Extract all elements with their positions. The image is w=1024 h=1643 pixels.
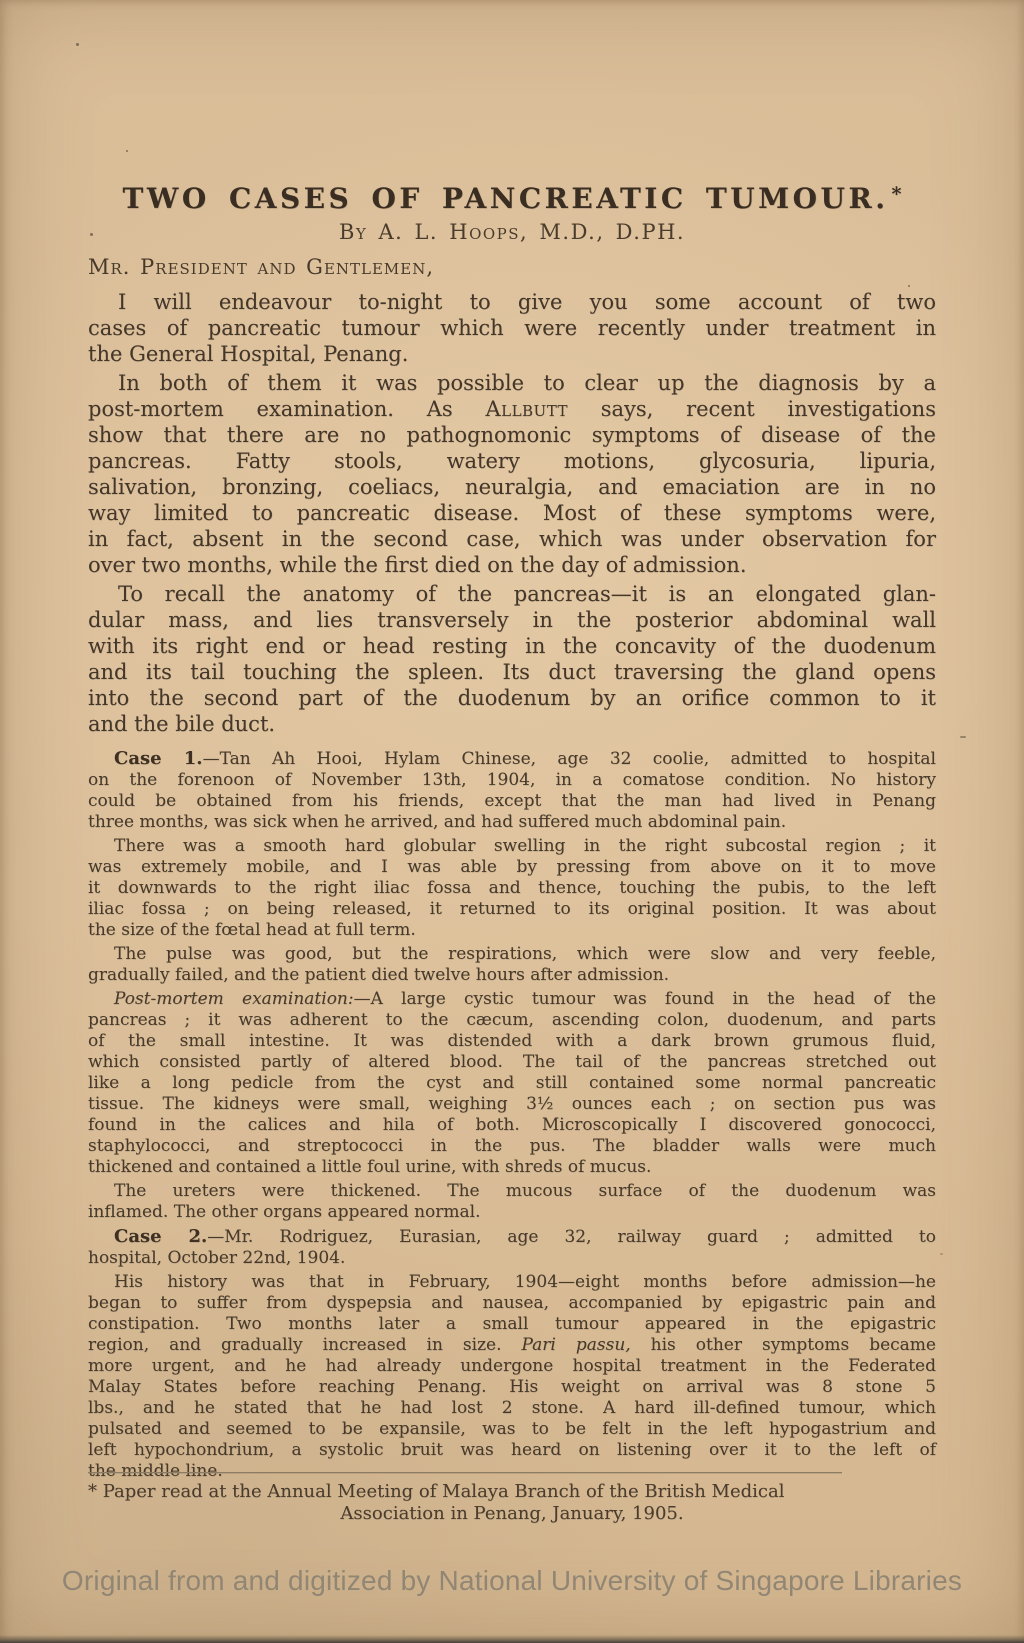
text-line: tissue. The kidneys were small, weighing…	[88, 1094, 936, 1115]
paper-speck	[940, 1253, 943, 1255]
text-segment: hospital, October 22nd, 1904.	[88, 1248, 345, 1268]
text-line: constipation. Two months later a small t…	[88, 1314, 936, 1335]
text-segment: show that there are no pathognomonic sym…	[88, 423, 936, 447]
text-segment: tissue. The kidneys were small, weighing…	[88, 1094, 936, 1114]
text-segment: iliac fossa ; on being released, it retu…	[88, 899, 936, 919]
paragraph-intro-1: I will endeavour to-night to give you so…	[88, 289, 936, 367]
text-segment: staphylococci, and streptococci in the p…	[88, 1136, 936, 1156]
text-segment: Post-mortem examination:	[114, 989, 354, 1009]
text-line: In both of them it was possible to clear…	[88, 370, 936, 396]
text-segment: says, recent investigations	[568, 397, 936, 421]
text-segment: left hypochondrium, a systolic bruit was…	[88, 1440, 936, 1460]
text-segment: began to suffer from dyspepsia and nause…	[88, 1293, 936, 1313]
text-segment: salivation, bronzing, coeliacs, neuralgi…	[88, 475, 936, 499]
text-line: inflamed. The other organs appeared norm…	[88, 1202, 936, 1223]
paper-speck	[126, 150, 128, 152]
paper-speck	[76, 43, 79, 46]
text-line: There was a smooth hard globular swellin…	[88, 836, 936, 857]
text-segment: in fact, absent in the second case, whic…	[88, 527, 936, 551]
paragraph-case2-admission: Case 2.—Mr. Rodriguez, Eurasian, age 32,…	[88, 1226, 936, 1269]
text-segment: In both of them it was possible to clear…	[118, 371, 936, 395]
text-segment: pulsated and seemed to be expansile, was…	[88, 1419, 936, 1439]
text-line: Malay States before reaching Penang. His…	[88, 1377, 936, 1398]
text-segment: pancreas ; it was adherent to the cæcum,…	[88, 1010, 936, 1030]
text-segment: gradually failed, and the patient died t…	[88, 965, 669, 985]
text-segment: pancreas. Fatty stools, watery motions, …	[88, 449, 936, 473]
text-line: like a long pedicle from the cyst and st…	[88, 1073, 936, 1094]
text-line: in fact, absent in the second case, whic…	[88, 526, 936, 552]
text-line: and the bile duct.	[88, 711, 936, 737]
text-line: gradually failed, and the patient died t…	[88, 965, 936, 986]
text-line: post-mortem examination. As Allbutt says…	[88, 396, 936, 422]
text-line: was extremely mobile, and I was able by …	[88, 857, 936, 878]
text-segment: the General Hospital, Penang.	[88, 342, 408, 366]
text-line: which consisted partly of altered blood.…	[88, 1052, 936, 1073]
text-segment: and the bile duct.	[88, 712, 275, 736]
text-segment: Pari passu,	[521, 1335, 630, 1355]
salutation: Mr. President and Gentlemen,	[88, 255, 936, 279]
text-segment: way limited to pancreatic disease. Most …	[88, 501, 936, 525]
paragraph-intro-3: To recall the anatomy of the pancreas—it…	[88, 581, 936, 737]
text-line: The pulse was good, but the respirations…	[88, 944, 936, 965]
text-segment: Case 2.	[114, 1226, 207, 1247]
text-line: pancreas ; it was adherent to the cæcum,…	[88, 1010, 936, 1031]
text-line: His history was that in February, 1904—e…	[88, 1272, 936, 1293]
paragraph-case1-examination: There was a smooth hard globular swellin…	[88, 836, 936, 941]
footnote-rule	[88, 1472, 842, 1473]
byline: By A. L. Hoops, M.D., D.PH.	[88, 220, 936, 244]
text-line: pancreas. Fatty stools, watery motions, …	[88, 448, 936, 474]
text-line: over two months, while the first died on…	[88, 552, 936, 578]
text-line: left hypochondrium, a systolic bruit was…	[88, 1440, 936, 1461]
library-watermark: Original from and digitized by National …	[0, 1564, 1024, 1598]
text-line: into the second part of the duodenum by …	[88, 685, 936, 711]
paragraph-case1-admission: Case 1.—Tan Ah Hooi, Hylam Chinese, age …	[88, 748, 936, 833]
text-segment: into the second part of the duodenum by …	[88, 686, 936, 710]
text-segment: with its right end or head resting in th…	[88, 634, 936, 658]
scanned-page: TWO CASES OF PANCREATIC TUMOUR.* By A. L…	[0, 0, 1024, 1643]
text-segment: on the forenoon of November 13th, 1904, …	[88, 770, 936, 790]
text-segment: more urgent, and he had already undergon…	[88, 1356, 936, 1376]
text-line: could be obtained from his friends, exce…	[88, 791, 936, 812]
text-segment: which consisted partly of altered blood.…	[88, 1052, 936, 1072]
text-line: the General Hospital, Penang.	[88, 341, 936, 367]
text-segment: The ureters were thickened. The mucous s…	[114, 1181, 936, 1201]
text-segment: —Tan Ah Hooi, Hylam Chinese, age 32 cool…	[203, 749, 936, 769]
text-line: more urgent, and he had already undergon…	[88, 1356, 936, 1377]
text-segment: it downwards to the right iliac fossa an…	[88, 878, 936, 898]
paragraphs-container: I will endeavour to-night to give you so…	[88, 289, 936, 1482]
text-line: with its right end or head resting in th…	[88, 633, 936, 659]
page-title-text: TWO CASES OF PANCREATIC TUMOUR.	[123, 182, 889, 215]
text-line: To recall the anatomy of the pancreas—it…	[88, 581, 936, 607]
text-segment: found in the calices and hila of both. M…	[88, 1115, 936, 1135]
text-segment: the size of the fœtal head at full term.	[88, 920, 416, 940]
text-line: salivation, bronzing, coeliacs, neuralgi…	[88, 474, 936, 500]
text-segment: Allbutt	[485, 397, 568, 421]
article-body: TWO CASES OF PANCREATIC TUMOUR.* By A. L…	[88, 178, 936, 1482]
text-segment: I will endeavour to-night to give you so…	[118, 290, 936, 314]
footnote-marker-asterisk: *	[892, 183, 902, 205]
text-line: of the small intestine. It was distended…	[88, 1031, 936, 1052]
text-segment: The pulse was good, but the respirations…	[114, 944, 936, 964]
text-line: thickened and contained a little foul ur…	[88, 1157, 936, 1178]
text-line: way limited to pancreatic disease. Most …	[88, 500, 936, 526]
text-segment: —A large cystic tumour was found in the …	[354, 989, 936, 1009]
text-segment: Case 1.	[114, 748, 203, 769]
text-line: it downwards to the right iliac fossa an…	[88, 878, 936, 899]
page-title: TWO CASES OF PANCREATIC TUMOUR.*	[88, 178, 936, 215]
text-segment: constipation. Two months later a small t…	[88, 1314, 936, 1334]
paper-speck	[90, 233, 93, 236]
text-line: three months, was sick when he arrived, …	[88, 812, 936, 833]
text-segment: To recall the anatomy of the pancreas—it…	[118, 582, 936, 606]
paragraph-case1-post-mortem: Post-mortem examination:—A large cystic …	[88, 989, 936, 1178]
text-segment: cases of pancreatic tumour which were re…	[88, 316, 936, 340]
text-segment: region, and gradually increased in size.	[88, 1335, 521, 1355]
text-segment: could be obtained from his friends, exce…	[88, 791, 936, 811]
text-segment: There was a smooth hard globular swellin…	[114, 836, 936, 856]
text-line: Case 1.—Tan Ah Hooi, Hylam Chinese, age …	[88, 748, 936, 770]
text-segment: over two months, while the first died on…	[88, 553, 747, 577]
text-line: I will endeavour to-night to give you so…	[88, 289, 936, 315]
text-segment: His history was that in February, 1904—e…	[114, 1272, 936, 1292]
paper-speck	[908, 285, 910, 287]
text-line: region, and gradually increased in size.…	[88, 1335, 936, 1356]
text-line: on the forenoon of November 13th, 1904, …	[88, 770, 936, 791]
text-segment: was extremely mobile, and I was able by …	[88, 857, 936, 877]
paragraph-case1-course: The pulse was good, but the respirations…	[88, 944, 936, 986]
paragraph-case2-history: His history was that in February, 1904—e…	[88, 1272, 936, 1482]
text-segment: —Mr. Rodriguez, Eurasian, age 32, railwa…	[207, 1227, 936, 1247]
footnote-line-1: * Paper read at the Annual Meeting of Ma…	[88, 1481, 936, 1503]
text-line: lbs., and he stated that he had lost 2 s…	[88, 1398, 936, 1419]
text-line: found in the calices and hila of both. M…	[88, 1115, 936, 1136]
footnote-line-2: Association in Penang, January, 1905.	[88, 1503, 936, 1525]
text-line: the size of the fœtal head at full term.	[88, 920, 936, 941]
text-line: cases of pancreatic tumour which were re…	[88, 315, 936, 341]
paper-speck	[960, 736, 966, 738]
text-line: and its tail touching the spleen. Its du…	[88, 659, 936, 685]
scan-bottom-edge	[0, 1635, 1024, 1643]
text-segment: dular mass, and lies transversely in the…	[88, 608, 936, 632]
text-line: Case 2.—Mr. Rodriguez, Eurasian, age 32,…	[88, 1226, 936, 1248]
text-line: show that there are no pathognomonic sym…	[88, 422, 936, 448]
text-line: iliac fossa ; on being released, it retu…	[88, 899, 936, 920]
paragraph-case1-ureters: The ureters were thickened. The mucous s…	[88, 1181, 936, 1223]
text-segment: Malay States before reaching Penang. His…	[88, 1377, 936, 1397]
text-line: hospital, October 22nd, 1904.	[88, 1248, 936, 1269]
text-segment: like a long pedicle from the cyst and st…	[88, 1073, 936, 1093]
footnote: * Paper read at the Annual Meeting of Ma…	[88, 1472, 936, 1525]
text-segment: and its tail touching the spleen. Its du…	[88, 660, 936, 684]
text-line: Post-mortem examination:—A large cystic …	[88, 989, 936, 1010]
text-segment: post-mortem examination. As	[88, 397, 485, 421]
text-line: The ureters were thickened. The mucous s…	[88, 1181, 936, 1202]
text-segment: three months, was sick when he arrived, …	[88, 812, 786, 832]
text-segment: inflamed. The other organs appeared norm…	[88, 1202, 481, 1222]
paragraph-intro-2: In both of them it was possible to clear…	[88, 370, 936, 578]
text-line: began to suffer from dyspepsia and nause…	[88, 1293, 936, 1314]
text-segment: thickened and contained a little foul ur…	[88, 1157, 651, 1177]
text-segment: his other symptoms became	[631, 1335, 936, 1355]
text-segment: of the small intestine. It was distended…	[88, 1031, 936, 1051]
text-segment: lbs., and he stated that he had lost 2 s…	[88, 1398, 936, 1418]
text-line: dular mass, and lies transversely in the…	[88, 607, 936, 633]
text-line: pulsated and seemed to be expansile, was…	[88, 1419, 936, 1440]
text-line: staphylococci, and streptococci in the p…	[88, 1136, 936, 1157]
